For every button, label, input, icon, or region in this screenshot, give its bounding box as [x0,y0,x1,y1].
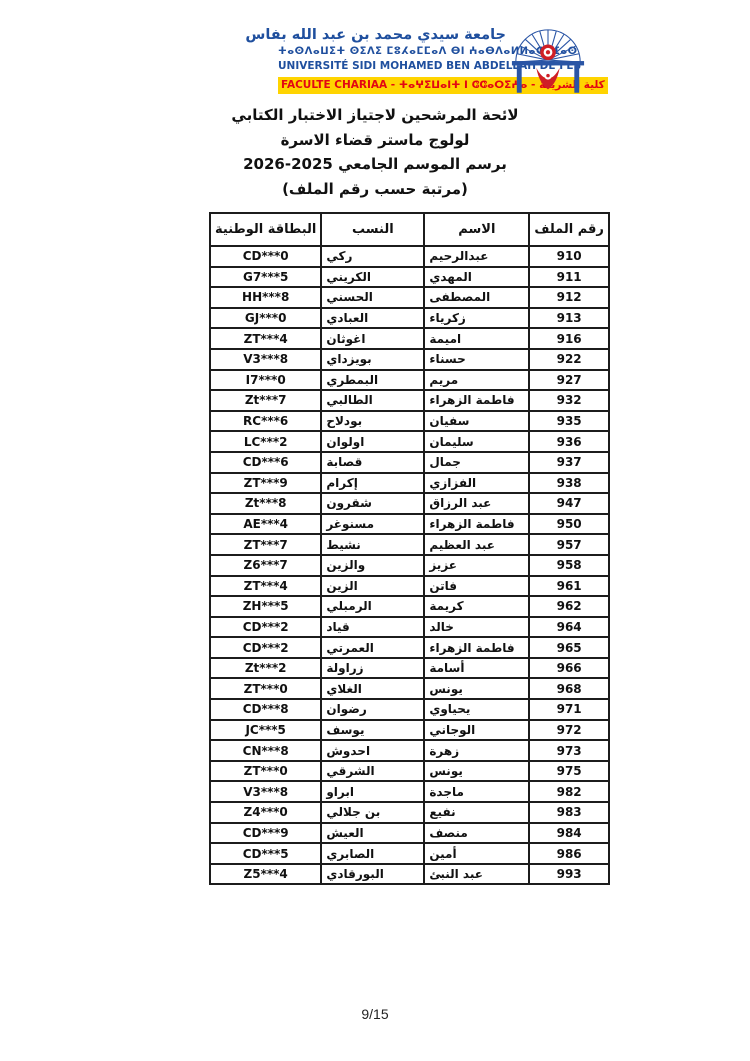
table-row: 912المصطفىالحسنيHH***8 [210,287,609,308]
cell-last-name: اغوثان [321,328,424,349]
cell-last-name: نشيط [321,534,424,555]
table-row: 957عبد العظيمنشيطZT***7 [210,534,609,555]
title-line-3: برسم الموسم الجامعي 2025-2026 [0,152,750,177]
cell-first-name: نفيع [424,802,529,823]
cell-last-name: الزين [321,576,424,597]
cell-national-id: V3***8 [210,349,321,370]
table-row: 938الفزازيإكرامZT***9 [210,473,609,494]
candidates-table: رقم الملف الاسم النسب البطاقة الوطنية 91… [209,212,610,885]
cell-national-id: ZT***4 [210,576,321,597]
cell-last-name: إكرام [321,473,424,494]
cell-first-name: سفيان [424,411,529,432]
cell-national-id: Z4***0 [210,802,321,823]
table-row: 986أمينالصابريCD***5 [210,843,609,864]
cell-file-number: 936 [529,431,609,452]
cell-first-name: مريم [424,370,529,391]
cell-file-number: 964 [529,617,609,638]
cell-national-id: Zt***7 [210,390,321,411]
cell-national-id: ZT***7 [210,534,321,555]
table-row: 973زهرةاحدوشCN***8 [210,740,609,761]
cell-first-name: كريمة [424,596,529,617]
university-name-tifinagh: ⵜⴰⵙⴷⴰⵡⵉⵜ ⵙⵉⴷⵉ ⵎⵓⵃⴰⵎⵎⴰⴷ ⴱⵏ ⵄⴰⴱⴷⴰⵍⵍⴰⵀ ⴼⴰⵙ [278,45,506,59]
table-row: 935سفيانبودلاحRC***6 [210,411,609,432]
cell-last-name: ركي [321,246,424,267]
cell-file-number: 916 [529,328,609,349]
cell-file-number: 972 [529,720,609,741]
table-header-row: رقم الملف الاسم النسب البطاقة الوطنية [210,213,609,246]
cell-file-number: 982 [529,781,609,802]
table-row: 922حسناءبويزدايV3***8 [210,349,609,370]
cell-last-name: شقرون [321,493,424,514]
table-row: 968يونسالغلايZT***0 [210,678,609,699]
page-number: 9/15 [0,1006,750,1022]
cell-first-name: الوجاني [424,720,529,741]
cell-national-id: ZT***9 [210,473,321,494]
cell-last-name: الصابري [321,843,424,864]
cell-last-name: قياد [321,617,424,638]
cell-file-number: 961 [529,576,609,597]
table-row: 911المهديالكرينيG7***5 [210,267,609,288]
table-row: 965فاطمة الزهراءالعمرتيCD***2 [210,637,609,658]
cell-last-name: الغلاي [321,678,424,699]
cell-first-name: ماجدة [424,781,529,802]
cell-file-number: 947 [529,493,609,514]
table-row: 962كريمةالرمبليZH***5 [210,596,609,617]
cell-national-id: CD***2 [210,617,321,638]
table-row: 932فاطمة الزهراءالطالبيZt***7 [210,390,609,411]
cell-national-id: CD***9 [210,823,321,844]
cell-file-number: 983 [529,802,609,823]
table-row: 927مريمالبمطريI7***0 [210,370,609,391]
cell-national-id: ZT***4 [210,328,321,349]
cell-first-name: عبد العظيم [424,534,529,555]
cell-last-name: بن جلالي [321,802,424,823]
cell-national-id: ZT***0 [210,678,321,699]
cell-first-name: زهرة [424,740,529,761]
cell-first-name: يحياوي [424,699,529,720]
cell-national-id: CD***5 [210,843,321,864]
cell-national-id: I7***0 [210,370,321,391]
cell-national-id: CD***0 [210,246,321,267]
cell-national-id: Zt***8 [210,493,321,514]
cell-last-name: يوسف [321,720,424,741]
cell-file-number: 935 [529,411,609,432]
cell-national-id: JC***5 [210,720,321,741]
cell-file-number: 957 [529,534,609,555]
cell-last-name: قصابة [321,452,424,473]
table-row: 964خالدقيادCD***2 [210,617,609,638]
cell-national-id: AE***4 [210,514,321,535]
cell-file-number: 911 [529,267,609,288]
title-line-1: لائحة المرشحين لاجتياز الاختبار الكتابي [0,103,750,128]
table-row: 913زكرياءالعباديGJ***0 [210,308,609,329]
cell-file-number: 927 [529,370,609,391]
table-row: 950فاطمة الزهراءمسنوغرAE***4 [210,514,609,535]
cell-last-name: احدوش [321,740,424,761]
cell-file-number: 973 [529,740,609,761]
cell-first-name: حسناء [424,349,529,370]
cell-first-name: اميمة [424,328,529,349]
table-row: 984منصفالعيشCD***9 [210,823,609,844]
cell-last-name: العيش [321,823,424,844]
cell-national-id: Zt***2 [210,658,321,679]
document-page: جامعة سيدي محمد بن عبد الله بفاس ⵜⴰⵙⴷⴰⵡⵉ… [0,0,750,1061]
cell-national-id: ZH***5 [210,596,321,617]
document-title: لائحة المرشحين لاجتياز الاختبار الكتابي … [0,103,750,201]
cell-last-name: بودلاح [321,411,424,432]
cell-first-name: فاطمة الزهراء [424,390,529,411]
cell-file-number: 938 [529,473,609,494]
cell-file-number: 984 [529,823,609,844]
cell-first-name: أمين [424,843,529,864]
cell-last-name: ابراو [321,781,424,802]
cell-file-number: 968 [529,678,609,699]
table-row: 916اميمةاغوثانZT***4 [210,328,609,349]
table-row: 972الوجانييوسفJC***5 [210,720,609,741]
header-file-number: رقم الملف [529,213,609,246]
cell-first-name: عبد الرزاق [424,493,529,514]
header-national-id: البطاقة الوطنية [210,213,321,246]
cell-file-number: 993 [529,864,609,885]
cell-file-number: 912 [529,287,609,308]
cell-last-name: والزين [321,555,424,576]
cell-first-name: فاطمة الزهراء [424,637,529,658]
cell-file-number: 932 [529,390,609,411]
university-name-arabic: جامعة سيدي محمد بن عبد الله بفاس [278,26,506,45]
cell-first-name: يونس [424,761,529,782]
letterhead-text: جامعة سيدي محمد بن عبد الله بفاس ⵜⴰⵙⴷⴰⵡⵉ… [278,26,506,94]
cell-last-name: زراولة [321,658,424,679]
cell-national-id: CD***6 [210,452,321,473]
title-line-4: (مرتبة حسب رقم الملف) [0,177,750,202]
cell-first-name: جمال [424,452,529,473]
cell-national-id: GJ***0 [210,308,321,329]
cell-first-name: سليمان [424,431,529,452]
header-first-name: الاسم [424,213,529,246]
cell-file-number: 966 [529,658,609,679]
table-row: 947عبد الرزاقشقرونZt***8 [210,493,609,514]
cell-last-name: بويزداي [321,349,424,370]
title-line-2: لولوج ماستر قضاء الاسرة [0,128,750,153]
cell-national-id: CN***8 [210,740,321,761]
cell-national-id: CD***8 [210,699,321,720]
university-logo-icon [509,26,587,100]
cell-last-name: الطالبي [321,390,424,411]
table-row: 936سليماناولوانLC***2 [210,431,609,452]
cell-first-name: عزيز [424,555,529,576]
cell-national-id: V3***8 [210,781,321,802]
table-row: 993عبد النبئالبورقاديZ5***4 [210,864,609,885]
table-row: 958عزيزوالزينZ6***7 [210,555,609,576]
cell-first-name: المهدي [424,267,529,288]
cell-file-number: 965 [529,637,609,658]
cell-first-name: عبدالرحيم [424,246,529,267]
cell-last-name: الشرقي [321,761,424,782]
table-row: 982ماجدةابراوV3***8 [210,781,609,802]
cell-first-name: عبد النبئ [424,864,529,885]
table-row: 975يونسالشرقيZT***0 [210,761,609,782]
cell-last-name: البمطري [321,370,424,391]
table-row: 983نفيعبن جلاليZ4***0 [210,802,609,823]
cell-first-name: أسامة [424,658,529,679]
cell-first-name: فاتن [424,576,529,597]
cell-national-id: RC***6 [210,411,321,432]
cell-file-number: 922 [529,349,609,370]
cell-file-number: 971 [529,699,609,720]
header-last-name: النسب [321,213,424,246]
cell-last-name: مسنوغر [321,514,424,535]
cell-national-id: ZT***0 [210,761,321,782]
cell-last-name: اولوان [321,431,424,452]
cell-first-name: منصف [424,823,529,844]
cell-national-id: G7***5 [210,267,321,288]
cell-first-name: زكرياء [424,308,529,329]
table-row: 937جمالقصابةCD***6 [210,452,609,473]
cell-file-number: 958 [529,555,609,576]
cell-file-number: 910 [529,246,609,267]
cell-last-name: الحسني [321,287,424,308]
letterhead: جامعة سيدي محمد بن عبد الله بفاس ⵜⴰⵙⴷⴰⵡⵉ… [278,26,588,100]
cell-national-id: CD***2 [210,637,321,658]
cell-file-number: 950 [529,514,609,535]
table-row: 971يحياويرضوانCD***8 [210,699,609,720]
cell-last-name: الكريني [321,267,424,288]
cell-first-name: فاطمة الزهراء [424,514,529,535]
cell-first-name: المصطفى [424,287,529,308]
cell-last-name: رضوان [321,699,424,720]
cell-national-id: Z6***7 [210,555,321,576]
university-name-french: UNIVERSITÉ SIDI MOHAMED BEN ABDELLAH DE … [278,59,506,73]
cell-last-name: الرمبلي [321,596,424,617]
table-row: 966أسامةزراولةZt***2 [210,658,609,679]
faculty-name-french: FACULTE CHARIAA - [281,79,395,91]
cell-file-number: 937 [529,452,609,473]
cell-file-number: 913 [529,308,609,329]
cell-first-name: يونس [424,678,529,699]
cell-last-name: العبادي [321,308,424,329]
cell-file-number: 962 [529,596,609,617]
cell-national-id: HH***8 [210,287,321,308]
cell-last-name: البورقادي [321,864,424,885]
cell-file-number: 986 [529,843,609,864]
cell-file-number: 975 [529,761,609,782]
cell-first-name: الفزازي [424,473,529,494]
table-row: 910عبدالرحيمركيCD***0 [210,246,609,267]
cell-first-name: خالد [424,617,529,638]
table-row: 961فاتنالزينZT***4 [210,576,609,597]
cell-last-name: العمرتي [321,637,424,658]
cell-national-id: Z5***4 [210,864,321,885]
cell-national-id: LC***2 [210,431,321,452]
